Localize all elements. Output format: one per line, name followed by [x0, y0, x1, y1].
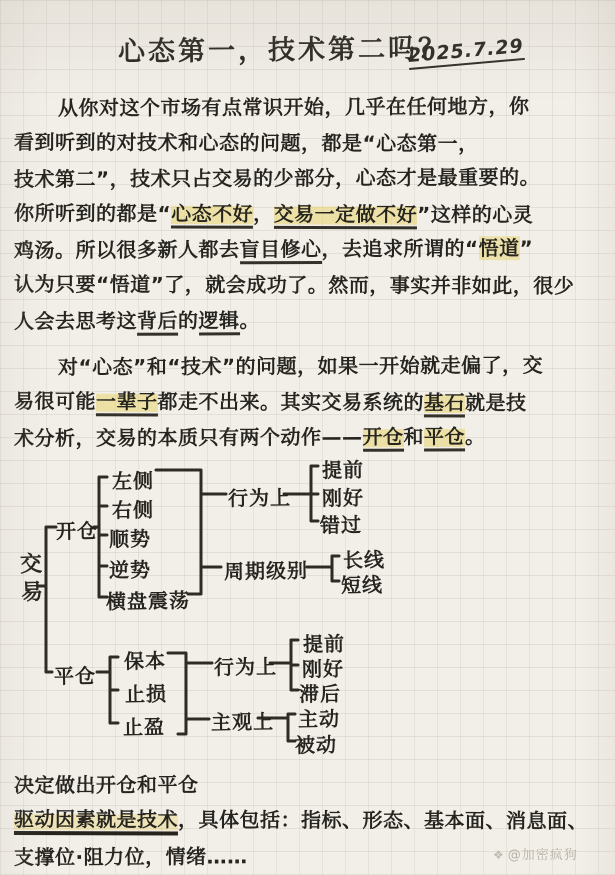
tree-open-item: 顺势: [109, 523, 151, 553]
text-segment: 的: [178, 308, 199, 332]
tree-open-group-item: 短线: [341, 569, 383, 599]
text-segment: 决定做出开仓和平仓: [14, 772, 199, 797]
marked-text-segment: 基石: [424, 390, 465, 417]
tree-open-item: 逆势: [109, 554, 151, 584]
text-segment: ，具体包括：指标、形态、基本面、消息面、: [178, 808, 588, 833]
text-segment: 看到听到的对技术和心态的问题，都是“心态第一，: [14, 129, 479, 155]
text-segment: 就是技: [465, 390, 527, 414]
marked-text-segment: 一辈子: [96, 389, 158, 416]
tree-close-group-label: 行为上: [214, 650, 277, 680]
paragraph-intro: 从你对这个市场有点常识开始，几乎在任何地方，你看到听到的对技术和心态的问题，都是…: [14, 90, 609, 339]
tree-open-item: 横盘震荡: [106, 584, 190, 614]
watermark-text: @加密疯狗: [508, 848, 578, 863]
marked-text-segment: 驱动因素就是技术: [14, 807, 178, 836]
trading-tree-diagram: 交易 开仓 左侧 右侧 顺势 逆势 横盘震荡 行为上 提前 刚好 错过 周期级别…: [0, 440, 615, 770]
tree-close-group-item: 被动: [295, 729, 337, 759]
diamond-icon: ❖: [493, 848, 505, 862]
text-segment: 技术第二”，技术只占交易的少部分，心态才是最重要的。: [14, 165, 540, 191]
text-segment: 从你对这个市场有点常识开始，几乎在任何地方，你: [58, 94, 530, 120]
text-segment: ，: [253, 201, 274, 225]
text-segment: ，去追求所谓的“: [321, 236, 478, 261]
text-segment: 认为只要“悟道”了，就会成功了。然而，事实并非如此，很少: [14, 271, 574, 297]
handwritten-line: 人会去思考这背后的逻辑。: [14, 302, 609, 340]
tree-open-group-label: 行为上: [228, 481, 291, 511]
tree-open-group-label: 周期级别: [224, 554, 308, 584]
tree-close-item: 保本: [124, 645, 166, 675]
handwritten-line: 从你对这个市场有点常识开始，几乎在任何地方，你: [14, 89, 609, 127]
marked-text-segment: 盲目修心: [239, 237, 321, 264]
tree-close-group-label: 主观上: [211, 705, 274, 735]
handwritten-line: 对“心态”和“技术”的问题，如果一开始就走偏了，交: [14, 348, 609, 386]
handwritten-line: 看到听到的对技术和心态的问题，都是“心态第一，: [14, 124, 609, 162]
tree-open-group-item: 刚好: [322, 482, 364, 512]
text-segment: 人会去思考这: [14, 309, 137, 334]
tree-close-item: 止损: [125, 678, 167, 708]
text-segment: ”这样的心灵: [417, 202, 533, 226]
handwritten-line: 易很可能一辈子都走不出来。其实交易系统的基石就是技: [14, 383, 609, 421]
handwritten-line: 认为只要“悟道”了，就会成功了。然而，事实并非如此，很少: [14, 266, 609, 304]
handwritten-line: 技术第二”，技术只占交易的少部分，心态才是最重要的。: [14, 160, 609, 198]
tree-root-label: 交易: [13, 551, 46, 608]
marked-text-segment: 逻辑: [198, 308, 239, 335]
tree-open-group-item: 错过: [320, 509, 362, 539]
handwritten-line: 驱动因素就是技术，具体包括：指标、形态、基本面、消息面、: [14, 801, 609, 839]
tree-open-label: 开仓: [56, 515, 98, 545]
marked-text-segment: 交易一定做不好: [274, 201, 418, 229]
text-segment: 对“心态”和“技术”的问题，如果一开始就走偏了，交: [58, 353, 543, 379]
marked-text-segment: 心态不好: [171, 201, 253, 228]
tree-open-item: 左侧: [112, 465, 154, 495]
marked-text-segment: 悟道: [479, 236, 520, 260]
text-segment: 。: [239, 308, 260, 332]
text-segment: 鸡汤。所以很多新人都去: [14, 237, 240, 262]
tree-close-label: 平仓: [54, 660, 96, 690]
text-segment: 都走不出来。其实交易系统的: [157, 389, 424, 414]
handwritten-line: 决定做出开仓和平仓: [14, 765, 609, 804]
handwritten-line: 你所听到的都是“心态不好，交易一定做不好”这样的心灵: [14, 195, 609, 233]
tree-close-item: 止盈: [123, 711, 165, 741]
watermark: ❖@加密疯狗: [493, 844, 578, 863]
marked-text-segment: 背后: [137, 309, 178, 336]
page-title: 心态第一，技术第二吗？: [118, 26, 448, 68]
text-segment: 支撑位·阻力位，情绪……: [14, 844, 248, 869]
text-segment: ”: [520, 236, 534, 260]
tree-open-group-item: 提前: [322, 454, 364, 484]
tree-open-item: 右侧: [112, 494, 154, 524]
handwritten-line: 鸡汤。所以很多新人都去盲目修心，去追求所谓的“悟道”: [14, 231, 609, 269]
text-segment: 你所听到的都是“: [14, 200, 171, 225]
text-segment: 易很可能: [14, 388, 96, 412]
